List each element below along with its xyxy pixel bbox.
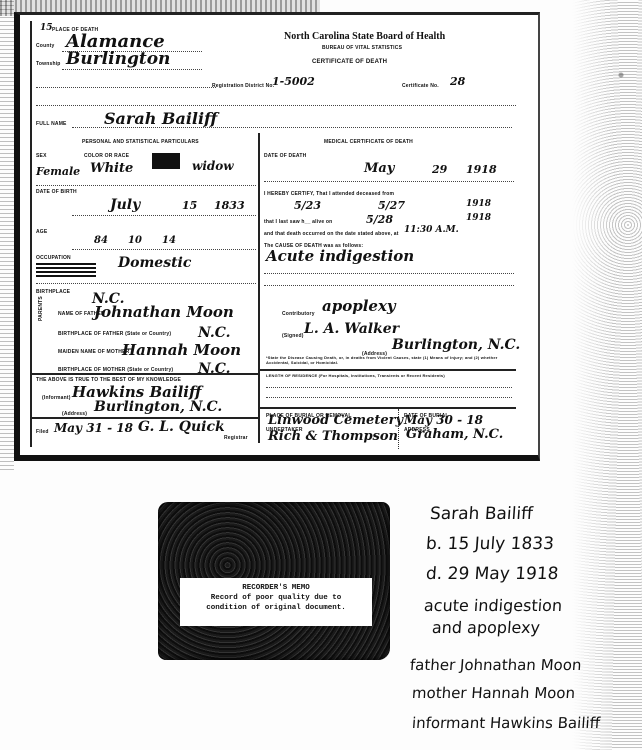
race-value: White bbox=[90, 161, 133, 176]
birth-date-label: DATE OF BIRTH bbox=[36, 189, 77, 195]
undertaker-address-value: Graham, N.C. bbox=[406, 427, 503, 442]
attended-to-value: 5/27 bbox=[378, 199, 405, 212]
certify-label: I HEREBY CERTIFY, That I attended deceas… bbox=[264, 191, 394, 197]
occupation-label: OCCUPATION bbox=[36, 255, 71, 261]
memo-line-2: condition of original document. bbox=[180, 603, 372, 613]
scan-noise-left bbox=[0, 0, 14, 470]
attended-from-value: 5/23 bbox=[294, 199, 321, 212]
note-line: and apoplexy bbox=[431, 618, 540, 637]
medical-section-title: MEDICAL CERTIFICATE OF DEATH bbox=[324, 139, 413, 145]
last-saw-label: that I last saw h__ alive on bbox=[264, 219, 332, 225]
informant-label: (Informant) bbox=[42, 395, 71, 401]
memo-title: RECORDER'S MEMO bbox=[180, 583, 372, 593]
death-time-value: 11:30 A.M. bbox=[404, 225, 459, 235]
filed-date-value: May 31 - 18 bbox=[54, 421, 133, 435]
father-value: Johnathan Moon bbox=[94, 303, 234, 321]
note-line: mother Hannah Moon bbox=[411, 684, 575, 702]
personal-section-title: PERSONAL AND STATISTICAL PARTICULARS bbox=[82, 139, 199, 145]
father-birthplace-value: N.C. bbox=[198, 325, 231, 341]
certificate-no-value: 28 bbox=[450, 75, 465, 88]
scan-noise-right bbox=[572, 0, 642, 750]
memo-line-1: Record of poor quality due to bbox=[180, 593, 372, 603]
township-label: Township bbox=[36, 61, 61, 67]
residence-label: LENGTH OF RESIDENCE (For Hospitals, Inst… bbox=[266, 373, 445, 378]
attended-year-value: 1918 bbox=[466, 199, 491, 209]
death-day-value: 29 bbox=[432, 163, 447, 176]
note-line: informant Hawkins Bailiff bbox=[411, 714, 600, 732]
contributory-value: apoplexy bbox=[322, 297, 396, 315]
registrar-label: Registrar bbox=[224, 435, 248, 441]
recorders-memo: RECORDER'S MEMO Record of poor quality d… bbox=[180, 578, 372, 626]
birth-day-value: 15 bbox=[182, 199, 197, 212]
death-year-value: 1918 bbox=[466, 163, 497, 176]
birth-month-value: July bbox=[110, 197, 140, 213]
last-saw-value: 5/28 bbox=[366, 213, 393, 226]
mother-value: Hannah Moon bbox=[122, 341, 241, 359]
mother-label: MAIDEN NAME OF MOTHER bbox=[58, 349, 129, 355]
recorders-memo-card: RECORDER'S MEMO Record of poor quality d… bbox=[158, 502, 390, 660]
certificate-title: CERTIFICATE OF DEATH bbox=[312, 59, 387, 65]
sex-value: Female bbox=[36, 165, 80, 178]
birth-year-value: 1833 bbox=[214, 199, 245, 212]
age-label: AGE bbox=[36, 229, 47, 235]
marital-status-checkbox-block bbox=[152, 153, 180, 169]
age-months-value: 10 bbox=[128, 235, 142, 246]
informant-address-value: Burlington, N.C. bbox=[94, 399, 222, 415]
full-name-label: FULL NAME bbox=[36, 121, 67, 127]
last-saw-year-value: 1918 bbox=[466, 213, 491, 223]
margin-mark: 15 bbox=[40, 23, 53, 33]
undertaker-value: Rich & Thompson bbox=[268, 429, 398, 444]
father-birthplace-label: BIRTHPLACE OF FATHER (State or Country) bbox=[58, 331, 171, 337]
contributory-label: Contributory bbox=[282, 311, 315, 317]
date-of-death-label: DATE OF DEATH bbox=[264, 153, 306, 159]
occupation-fineprint bbox=[36, 263, 96, 279]
marital-value: widow bbox=[192, 159, 234, 173]
county-label: County bbox=[36, 43, 54, 49]
registration-value: 1-5002 bbox=[272, 75, 315, 88]
registrar-value: G. L. Quick bbox=[138, 419, 225, 435]
full-name-value: Sarah Bailiff bbox=[104, 109, 217, 128]
cause-footnote: *State the Disease Causing Death, or, in… bbox=[266, 355, 516, 365]
physician-value: L. A. Walker bbox=[304, 321, 399, 337]
burial-place-value: Linwood Cemetery bbox=[268, 413, 403, 428]
sex-label: SEX bbox=[36, 153, 47, 159]
bureau-title: BUREAU OF VITAL STATISTICS bbox=[322, 45, 402, 51]
death-month-value: May bbox=[364, 161, 394, 176]
note-line: Sarah Bailiff bbox=[429, 504, 533, 524]
note-line: b. 15 July 1833 bbox=[425, 534, 554, 554]
note-line: father Johnathan Moon bbox=[409, 656, 582, 674]
birthplace-label: BIRTHPLACE bbox=[36, 289, 70, 295]
cause-value: Acute indigestion bbox=[266, 247, 414, 265]
signed-label: (Signed) bbox=[282, 333, 304, 339]
note-line: d. 29 May 1918 bbox=[425, 564, 559, 584]
note-line: acute indigestion bbox=[423, 596, 562, 615]
parents-label: PARENTS bbox=[38, 296, 44, 321]
certificate-no-label: Certificate No. bbox=[402, 83, 439, 89]
age-years-value: 84 bbox=[94, 235, 108, 246]
certificate-body: 15 PLACE OF DEATH County Alamance Townsh… bbox=[30, 21, 532, 447]
filed-label: Filed bbox=[36, 429, 49, 435]
occupation-value: Domestic bbox=[118, 255, 191, 271]
race-label: COLOR OR RACE bbox=[84, 153, 129, 159]
death-time-label: and that death occurred on the date stat… bbox=[264, 231, 399, 237]
age-days-value: 14 bbox=[162, 235, 176, 246]
death-certificate: 15 PLACE OF DEATH County Alamance Townsh… bbox=[14, 12, 540, 461]
registration-label: Registration District No. bbox=[212, 83, 274, 89]
township-value: Burlington bbox=[66, 49, 170, 69]
physician-address-value: Burlington, N.C. bbox=[392, 337, 520, 353]
burial-date-value: May 30 - 18 bbox=[404, 413, 483, 427]
board-title: North Carolina State Board of Health bbox=[284, 31, 445, 42]
